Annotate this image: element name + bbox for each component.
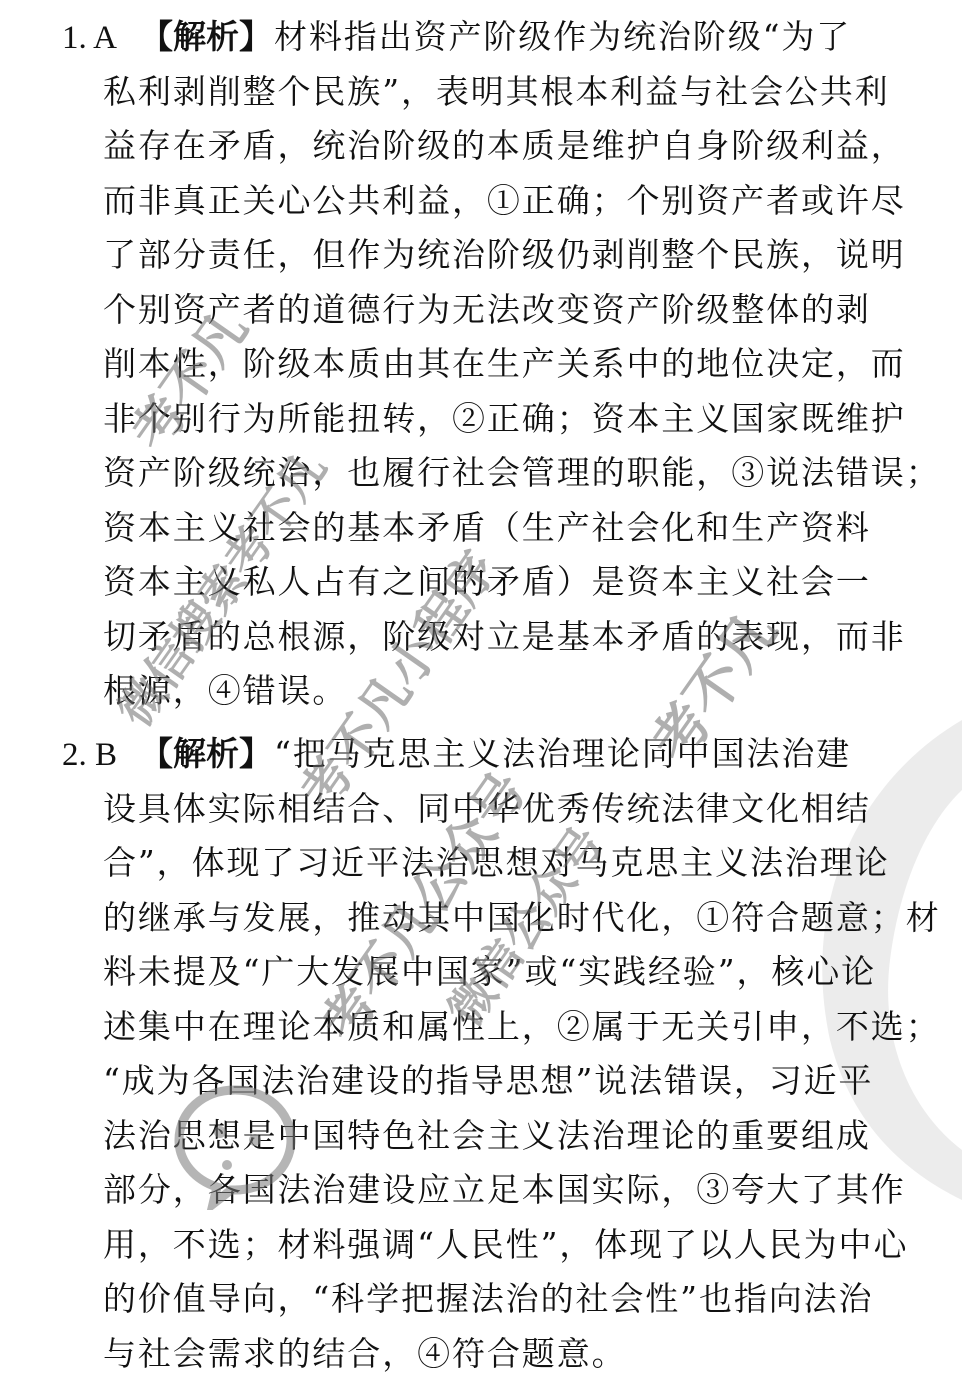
- answer-1-line-12: 切矛盾的总根源，阶级对立是基本矛盾的表现，而非: [103, 610, 951, 664]
- answer-1-line-3: 益存在矛盾，统治阶级的本质是维护自身阶级利益，: [103, 119, 951, 173]
- analysis-tag: 【解析】: [140, 17, 272, 56]
- answer-1-line-6: 个别资产者的道德行为无法改变资产阶级整体的剥: [103, 283, 951, 337]
- wechat-logo-watermark-icon: [165, 1070, 305, 1210]
- answer-1-line-2: 私利剥削整个民族”，表明其根本利益与社会公共利: [103, 65, 951, 119]
- answer-1-line-11: 资本主义私人占有之间的矛盾）是资本主义社会一: [103, 555, 951, 609]
- answer-2-line-3: 合”，体现了习近平法治思想对马克思主义法治理论: [103, 836, 951, 890]
- answer-2-line-2: 设具体实际相结合、同中华优秀传统法律文化相结: [103, 782, 951, 836]
- answer-number: 1. A: [62, 11, 140, 65]
- answer-2-line-10: 用，不选；材料强调“人民性”，体现了以人民为中心: [103, 1218, 951, 1272]
- analysis-tag: 【解析】: [140, 734, 272, 773]
- answer-2-line-1: 2. B【解析】“把马克思主义法治理论同中国法治建: [62, 727, 951, 781]
- answer-number: 2. B: [62, 728, 140, 782]
- answer-1-line-1: 1. A【解析】材料指出资产阶级作为统治阶级“为了: [62, 10, 951, 64]
- answer-1-line-13: 根源，④错误。: [103, 664, 951, 718]
- answer-2-line-12: 与社会需求的结合，④符合题意。: [103, 1327, 951, 1381]
- answer-text: 材料指出资产阶级作为统治阶级“为了: [274, 17, 851, 56]
- answer-key-page: 1. A【解析】材料指出资产阶级作为统治阶级“为了 私利剥削整个民族”，表明其根…: [0, 0, 962, 1393]
- answer-2-line-4: 的继承与发展，推动其中国化时代化，①符合题意；材: [103, 891, 951, 945]
- answer-1-line-10: 资本主义社会的基本矛盾（生产社会化和生产资料: [103, 501, 951, 555]
- answer-1-line-9: 资产阶级统治，也履行社会管理的职能，③说法错误；: [103, 446, 951, 500]
- answer-2-line-11: 的价值导向，“科学把握法治的社会性”也指向法治: [103, 1272, 951, 1326]
- answer-1-line-4: 而非真正关心公共利益，①正确；个别资产者或许尽: [103, 174, 951, 228]
- answer-2-line-6: 述集中在理论本质和属性上，②属于无关引申，不选；: [103, 1000, 951, 1054]
- answer-1-line-7: 削本性，阶级本质由其在生产关系中的地位决定，而: [103, 337, 951, 391]
- answer-text: “把马克思主义法治理论同中国法治建: [274, 734, 851, 773]
- answer-2-line-5: 料未提及“广大发展中国家”或“实践经验”，核心论: [103, 945, 951, 999]
- answer-1-line-8: 非个别行为所能扭转，②正确；资本主义国家既维护: [103, 392, 951, 446]
- answer-1-line-5: 了部分责任，但作为统治阶级仍剥削整个民族，说明: [103, 228, 951, 282]
